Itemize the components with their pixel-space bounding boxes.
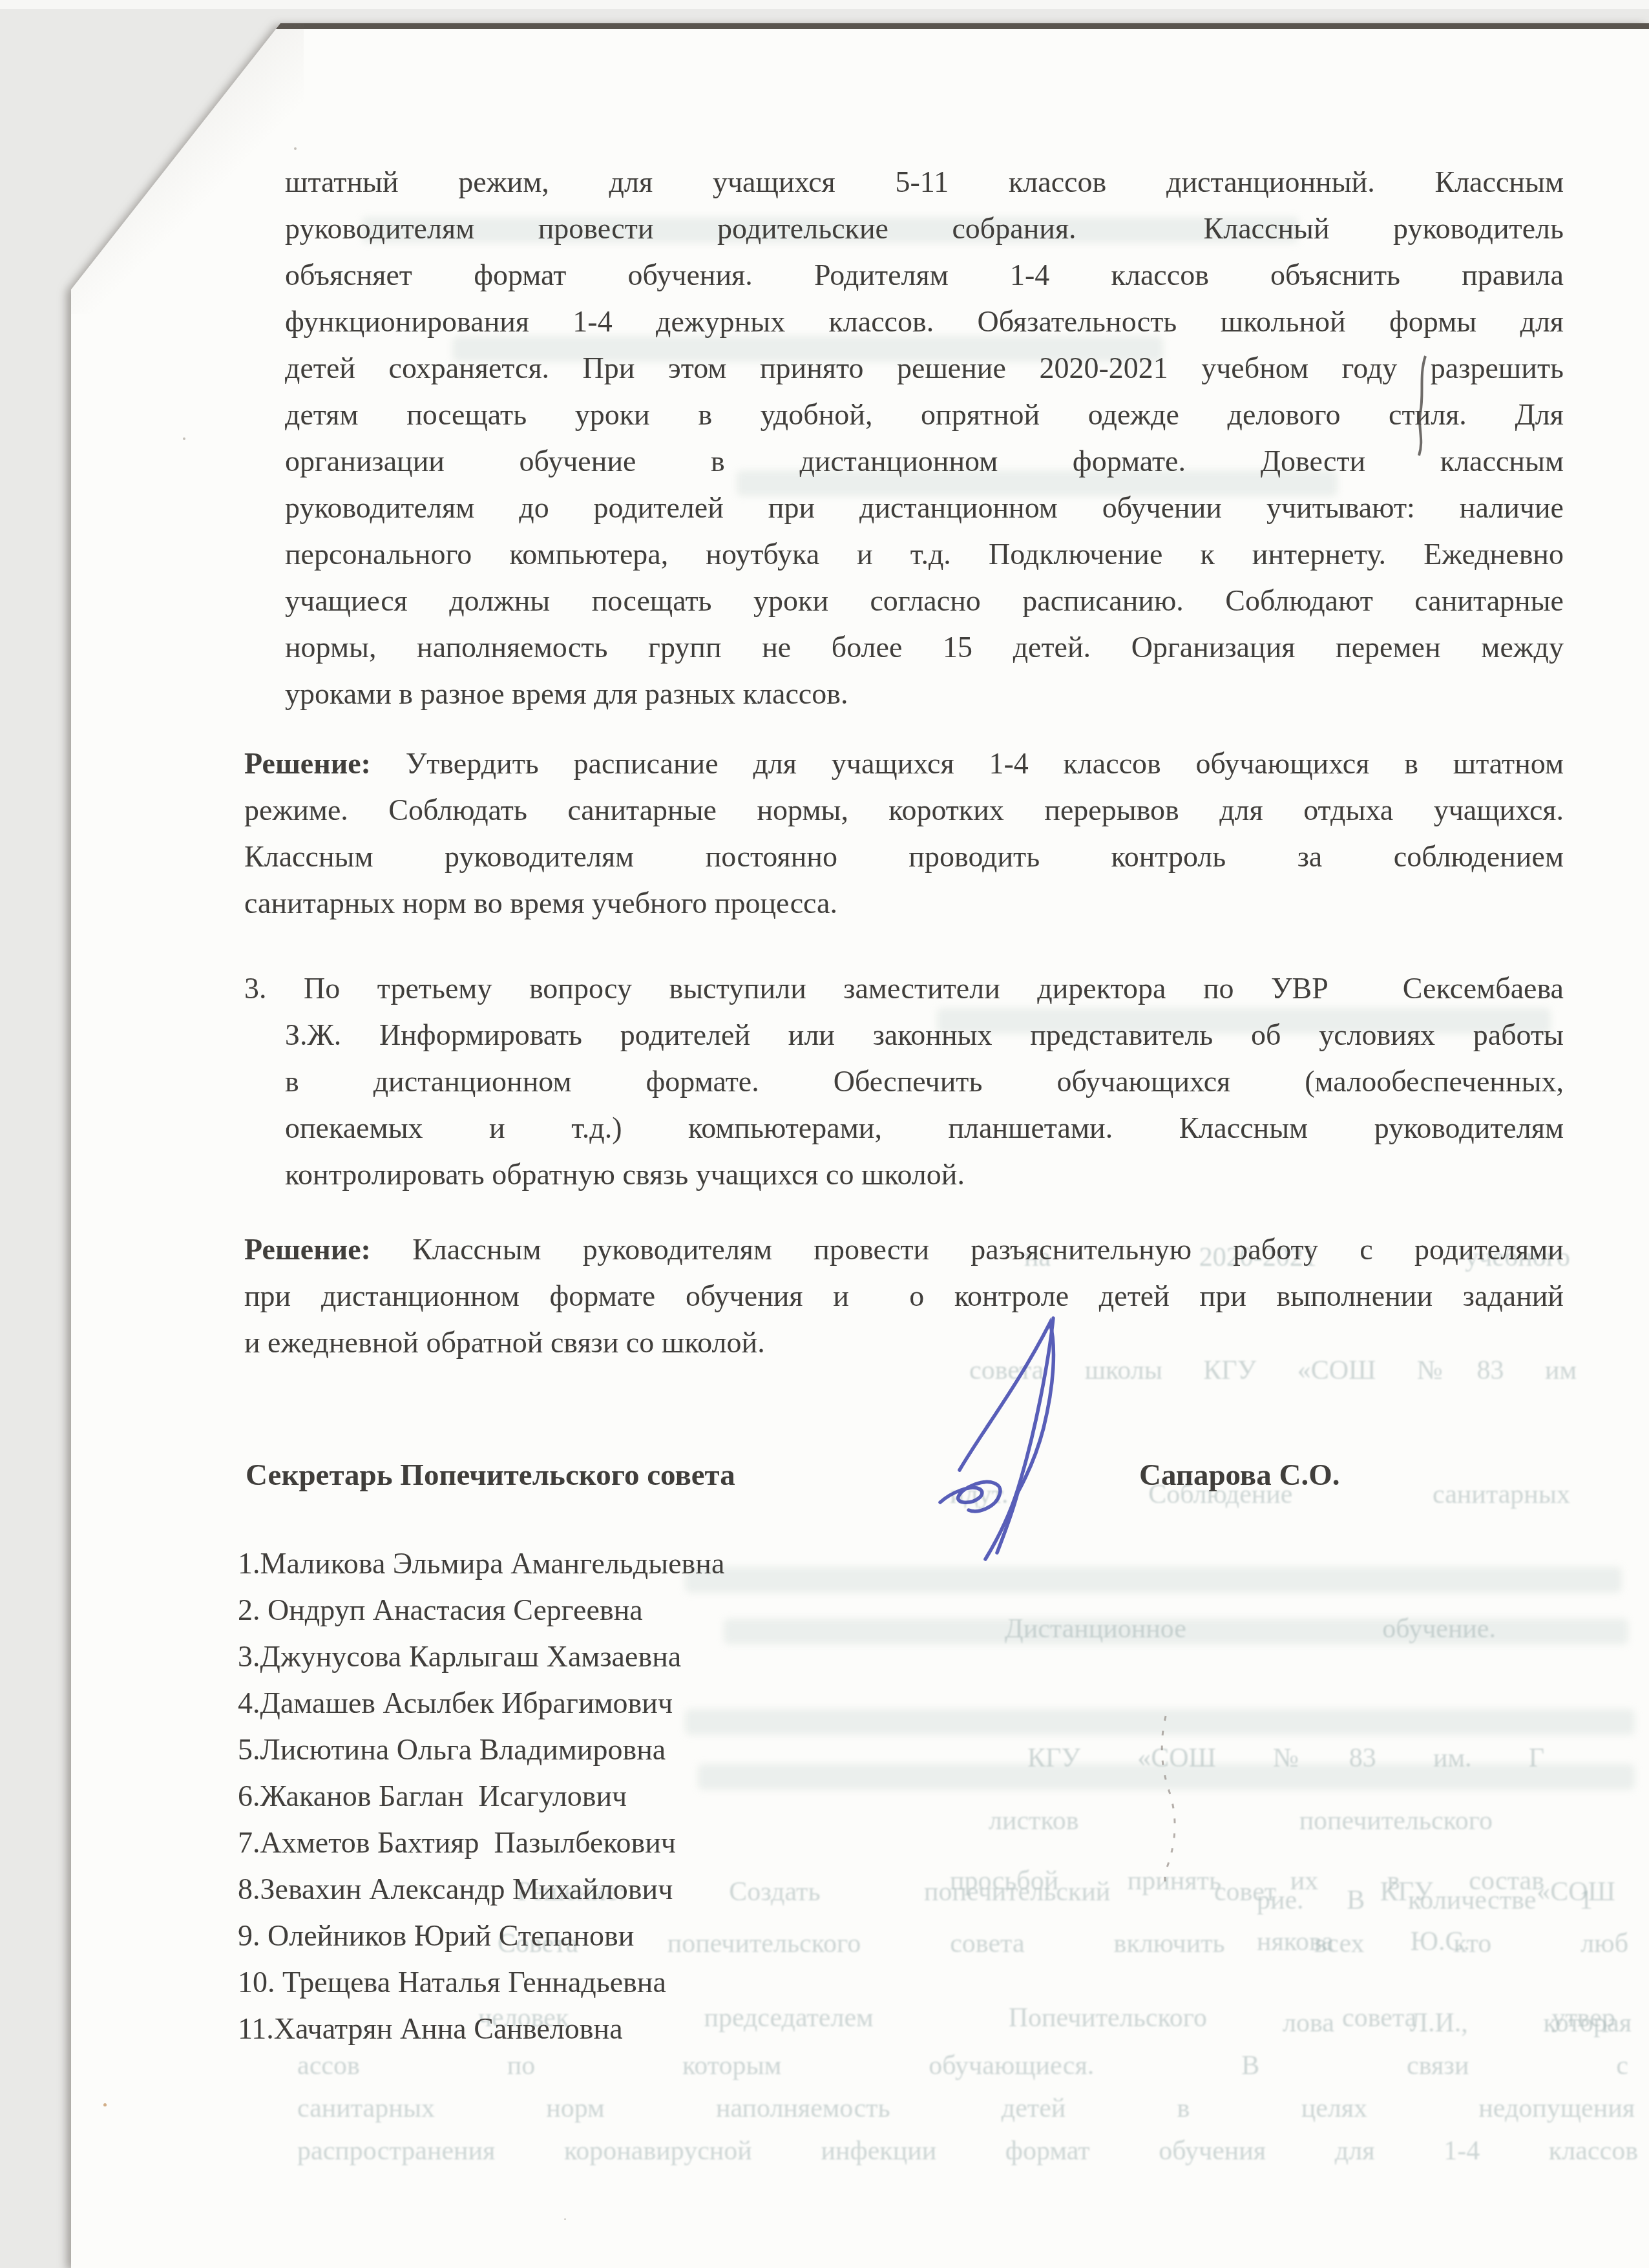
bleed-fragment: някова Ю.С. (1257, 1927, 1470, 1957)
text-line: персонального компьютера, ноутбука и т.д… (285, 531, 1564, 578)
text-line: объясняет формат обучения. Родителям 1-4… (285, 252, 1564, 299)
text-line: штатный режим, для учащихся 5-11 классов… (285, 159, 1564, 205)
text-line: режиме. Соблюдать санитарные нормы, коро… (244, 787, 1564, 834)
bleed-fragment: рие. В количестве 1 (1257, 1885, 1593, 1915)
members-list: 1.Маликова Эльмира Амангельдыевна2. Ондр… (238, 1540, 1207, 2052)
text-line: функционирования 1-4 дежурных классов. О… (285, 299, 1564, 345)
pen-mark (1409, 352, 1447, 462)
text-line: детей сохраняется. При этом принято реше… (285, 345, 1564, 392)
text-line: Решение: Классным руководителям провести… (244, 1226, 1564, 1273)
member-name: 11.Хачатрян Анна Санвеловна (238, 2006, 1207, 2052)
paragraph-item-3: 3. По третьему вопросу выступили замести… (244, 965, 1564, 1198)
text-line: опекаемых и т.д.) компьютерами, планшета… (285, 1105, 1564, 1151)
text-line: санитарных норм во время учебного процес… (244, 880, 1564, 927)
member-name: 5.Лисютина Ольга Владимировна (238, 1727, 1207, 1773)
text-line: уроками в разное время для разных классо… (285, 671, 1564, 717)
secretary-name: Сапарова С.О. (1139, 1458, 1340, 1493)
text-line: Классным руководителям постоянно проводи… (244, 834, 1564, 880)
text-line: при дистанционном формате обучения и о к… (244, 1273, 1564, 1319)
text-line: учащиеся должны посещать уроки согласно … (285, 578, 1564, 624)
text-line: Решение: Утвердить расписание для учащих… (244, 740, 1564, 787)
text-line: детям посещать уроки в удобной, опрятной… (285, 392, 1564, 438)
paragraph-decision-2: Решение: Классным руководителям провести… (244, 1226, 1564, 1366)
signature-ink (921, 1308, 1102, 1580)
member-name: 6.Жаканов Баглан Исагулович (238, 1773, 1207, 1820)
text-line: в дистанционном формате. Обеспечить обуч… (285, 1058, 1564, 1105)
member-name: 7.Ахметов Бахтияр Пазылбекович (238, 1820, 1207, 1866)
member-name: 9. Олейников Юрий Степанови (238, 1913, 1207, 1959)
crease-mark (1144, 1712, 1195, 1893)
bleed-fragment: распространения коронавирусной инфекции … (297, 2136, 1638, 2166)
text-line: 3. По третьему вопросу выступили замести… (244, 965, 1564, 1012)
scanned-document: на 2020-2021 учебногосовета школы КГУ «С… (0, 0, 1649, 2268)
text-line: З.Ж. Информировать родителей или законны… (285, 1012, 1564, 1058)
paragraph-staff-mode: штатный режим, для учащихся 5-11 классов… (285, 159, 1564, 717)
text-line: организации обучение в дистанционном фор… (285, 438, 1564, 485)
member-name: 4.Дамашев Асылбек Ибрагимович (238, 1680, 1207, 1727)
text-line: и ежедневной обратной связи со школой. (244, 1319, 1564, 1366)
text-line: руководителям до родителей при дистанцио… (285, 485, 1564, 531)
member-name: 8.Зевахин Александр Михайлович (238, 1866, 1207, 1913)
bleed-fragment: санитарных норм наполняемость детей в це… (297, 2094, 1635, 2123)
member-name: 2. Ондруп Анастасия Сергеевна (238, 1587, 1207, 1633)
text-line: контролировать обратную связь учащихся с… (285, 1151, 1564, 1198)
folded-corner-shade (71, 23, 304, 314)
bleed-fragment: ассов по которым обучающиеся. В связи с (297, 2051, 1628, 2081)
text-line: нормы, наполняемость групп не более 15 д… (285, 624, 1564, 671)
member-name: 10. Трещева Наталья Геннадьевна (238, 1959, 1207, 2006)
secretary-title: Секретарь Попечительского совета (246, 1458, 735, 1493)
member-name: 3.Джунусова Карлыгаш Хамзаевна (238, 1633, 1207, 1680)
scanner-edge-strip (0, 0, 1649, 9)
paragraph-decision-1: Решение: Утвердить расписание для учащих… (244, 740, 1564, 927)
text-line: руководителям провести родительские собр… (285, 205, 1564, 252)
bleed-fragment: лова Л.И., которая (1283, 2008, 1632, 2038)
